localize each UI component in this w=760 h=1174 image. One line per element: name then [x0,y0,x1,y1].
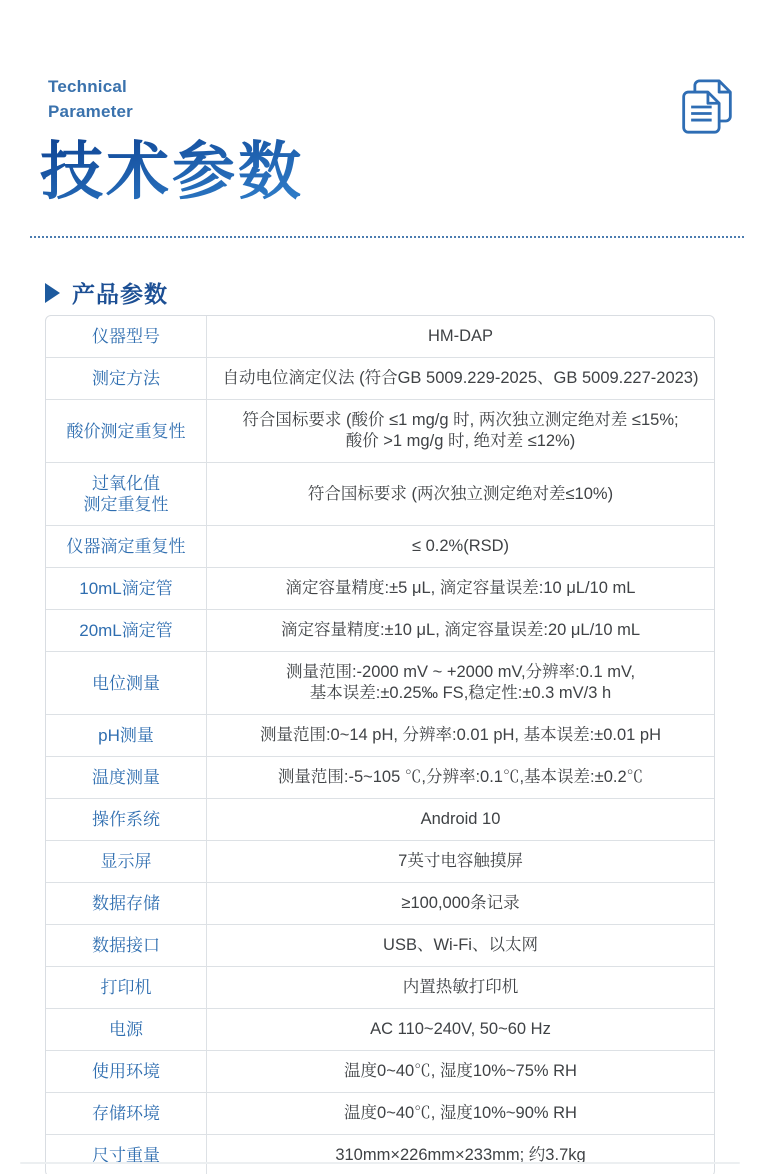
row-label: 尺寸重量 [46,1134,206,1174]
row-label: 使用环境 [46,1050,206,1092]
row-value: AC 110~240V, 50~60 Hz [206,1008,714,1050]
row-label: 温度测量 [46,756,206,798]
table-row: 存储环境 温度0~40℃, 湿度10%~90% RH [46,1092,714,1134]
table-row: pH测量 测量范围:0~14 pH, 分辨率:0.01 pH, 基本误差:±0.… [46,714,714,756]
row-label: 数据接口 [46,924,206,966]
row-value: 内置热敏打印机 [206,966,714,1008]
row-label: 电源 [46,1008,206,1050]
table-row: 打印机 内置热敏打印机 [46,966,714,1008]
table-row: 测定方法 自动电位滴定仪法 (符合GB 5009.229-2025、GB 500… [46,357,714,399]
row-label: 仪器型号 [46,316,206,357]
table-row: 数据存储 ≥100,000条记录 [46,882,714,924]
table-row: 操作系统 Android 10 [46,798,714,840]
row-label: pH测量 [46,714,206,756]
table-row: 10mL滴定管 滴定容量精度:±5 μL, 滴定容量误差:10 μL/10 mL [46,567,714,609]
row-value: ≤ 0.2%(RSD) [206,525,714,567]
row-value: 滴定容量精度:±10 μL, 滴定容量误差:20 μL/10 mL [206,609,714,651]
table-row: 电位测量 测量范围:-2000 mV ~ +2000 mV,分辨率:0.1 mV… [46,651,714,714]
section-header: 产品参数 [45,276,168,309]
row-label: 打印机 [46,966,206,1008]
copy-documents-icon [679,78,735,136]
row-value: ≥100,000条记录 [206,882,714,924]
row-value: 滴定容量精度:±5 μL, 滴定容量误差:10 μL/10 mL [206,567,714,609]
row-label: 20mL滴定管 [46,609,206,651]
eyebrow-line-1: Technical [48,74,133,99]
table-row: 显示屏 7英寸电容触摸屏 [46,840,714,882]
spec-table: 仪器型号 HM-DAP 测定方法 自动电位滴定仪法 (符合GB 5009.229… [45,315,715,1174]
row-value: 符合国标要求 (酸价 ≤1 mg/g 时, 两次独立测定绝对差 ≤15%; 酸价… [206,399,714,462]
table-row: 尺寸重量 310mm×226mm×233mm; 约3.7kg [46,1134,714,1174]
row-value: 温度0~40℃, 湿度10%~75% RH [206,1050,714,1092]
table-row: 酸价测定重复性 符合国标要求 (酸价 ≤1 mg/g 时, 两次独立测定绝对差 … [46,399,714,462]
row-label: 操作系统 [46,798,206,840]
table-row: 过氧化值 测定重复性 符合国标要求 (两次独立测定绝对差≤10%) [46,462,714,525]
row-label: 存储环境 [46,1092,206,1134]
eyebrow-line-2: Parameter [48,99,133,124]
row-label: 电位测量 [46,651,206,714]
spec-table-body: 仪器型号 HM-DAP 测定方法 自动电位滴定仪法 (符合GB 5009.229… [46,316,714,1174]
row-value: USB、Wi-Fi、以太网 [206,924,714,966]
row-label: 测定方法 [46,357,206,399]
row-label: 10mL滴定管 [46,567,206,609]
row-label: 过氧化值 测定重复性 [46,462,206,525]
page-title: 技术参数 [40,128,304,214]
row-value: 310mm×226mm×233mm; 约3.7kg [206,1134,714,1174]
section-title: 产品参数 [72,276,168,309]
table-row: 20mL滴定管 滴定容量精度:±10 μL, 滴定容量误差:20 μL/10 m… [46,609,714,651]
table-row: 温度测量 测量范围:-5~105 ℃,分辨率:0.1℃,基本误差:±0.2℃ [46,756,714,798]
dotted-divider [30,236,746,238]
bottom-divider [20,1162,740,1164]
technical-parameter-page: Technical Parameter 技术参数 产品参数 [0,0,760,1174]
row-value: 符合国标要求 (两次独立测定绝对差≤10%) [206,462,714,525]
row-value: 自动电位滴定仪法 (符合GB 5009.229-2025、GB 5009.227… [206,357,714,399]
row-value: 7英寸电容触摸屏 [206,840,714,882]
row-value: 测量范围:-5~105 ℃,分辨率:0.1℃,基本误差:±0.2℃ [206,756,714,798]
row-value: Android 10 [206,798,714,840]
row-label: 酸价测定重复性 [46,399,206,462]
table-row: 使用环境 温度0~40℃, 湿度10%~75% RH [46,1050,714,1092]
table-row: 仪器滴定重复性 ≤ 0.2%(RSD) [46,525,714,567]
row-value: 测量范围:-2000 mV ~ +2000 mV,分辨率:0.1 mV, 基本误… [206,651,714,714]
triangle-bullet-icon [45,283,60,303]
row-label: 仪器滴定重复性 [46,525,206,567]
row-value: HM-DAP [206,316,714,357]
table-row: 仪器型号 HM-DAP [46,316,714,357]
row-value: 测量范围:0~14 pH, 分辨率:0.01 pH, 基本误差:±0.01 pH [206,714,714,756]
row-value: 温度0~40℃, 湿度10%~90% RH [206,1092,714,1134]
eyebrow-heading: Technical Parameter [48,74,133,124]
table-row: 数据接口 USB、Wi-Fi、以太网 [46,924,714,966]
row-label: 显示屏 [46,840,206,882]
table-row: 电源 AC 110~240V, 50~60 Hz [46,1008,714,1050]
row-label: 数据存储 [46,882,206,924]
